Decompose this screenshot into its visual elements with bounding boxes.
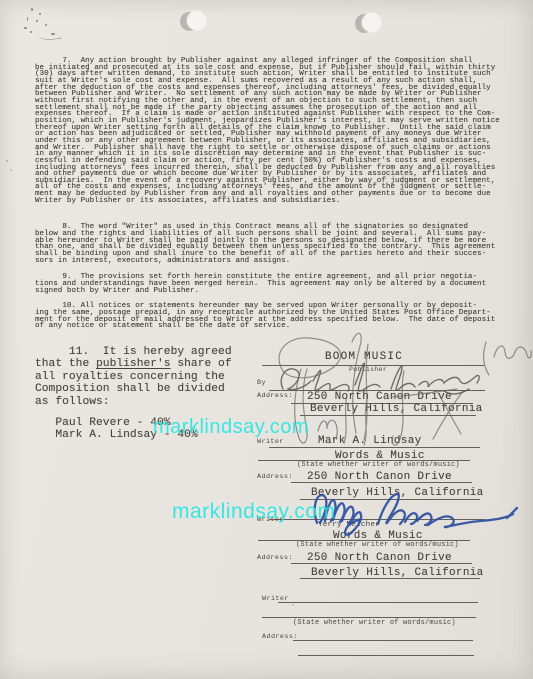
address-line	[300, 578, 480, 579]
watermark: marklindsay.com	[172, 500, 335, 524]
contract-body: 7. Any action brought by Publisher again…	[35, 58, 513, 330]
address-line	[291, 563, 472, 564]
ink-speckle	[24, 27, 27, 29]
punch-hole	[355, 13, 381, 34]
ink-speckle	[31, 8, 33, 11]
ink-speckle	[292, 604, 294, 606]
writer-line	[269, 447, 480, 448]
clause-8: 8. The word "Writer" as used in this Con…	[35, 224, 513, 264]
clause-9: 9. The provisions set forth herein const…	[35, 274, 513, 294]
address-label: Address:	[257, 473, 293, 481]
underlined-word: publisher's	[96, 358, 171, 370]
writer1-address-2: Beverly Hills, California	[311, 487, 484, 499]
state-note: (State whether writer of words/music)	[296, 541, 459, 549]
ink-smudge	[38, 30, 62, 40]
address-line	[298, 655, 474, 656]
contribution-line	[262, 617, 476, 618]
writer-label: Writer	[257, 438, 284, 446]
address-line	[300, 415, 476, 416]
publisher-address-2: Beverly Hills, California	[310, 403, 483, 415]
writer-line	[278, 602, 478, 603]
address-label: Address:	[257, 392, 293, 400]
ink-speckle	[30, 31, 32, 33]
publisher-address-1: 250 North Canon Drive	[307, 391, 452, 403]
contract-page: 7. Any action brought by Publisher again…	[0, 0, 533, 679]
clause-11-line: 11. It is hereby agreed	[35, 346, 250, 358]
ink-speckle	[6, 160, 8, 162]
writer1-name: Mark A. Lindsay	[318, 435, 422, 447]
ink-speckle	[27, 17, 28, 21]
clause-11-line: all royalties concerning the	[35, 371, 250, 383]
state-note: (State whether writer of words/music)	[293, 619, 456, 627]
clause-11-line: Composition shall be divided	[35, 383, 250, 395]
ink-speckle	[36, 20, 38, 22]
address-label: Address:	[257, 554, 293, 562]
address-line	[293, 640, 473, 641]
by-label: By	[257, 379, 266, 387]
state-note: (State whether writer of words/music)	[297, 461, 460, 469]
clause-11-line: that the publisher's share of	[35, 358, 250, 370]
publisher-role-label: Publisher	[349, 366, 387, 373]
ink-speckle	[10, 169, 12, 171]
clause-11-line: as follows:	[35, 396, 250, 408]
watermark: marklindsay.com	[153, 416, 309, 439]
ink-speckle	[45, 24, 47, 26]
clause-7: 7. Any action brought by Publisher again…	[35, 58, 513, 204]
clause-10: 10. All notices or statements hereunder …	[35, 303, 513, 330]
address-line	[291, 482, 472, 483]
ink-speckle	[39, 13, 41, 15]
punch-hole	[180, 11, 206, 32]
publisher-company-name: BOOM MUSIC	[325, 351, 403, 363]
